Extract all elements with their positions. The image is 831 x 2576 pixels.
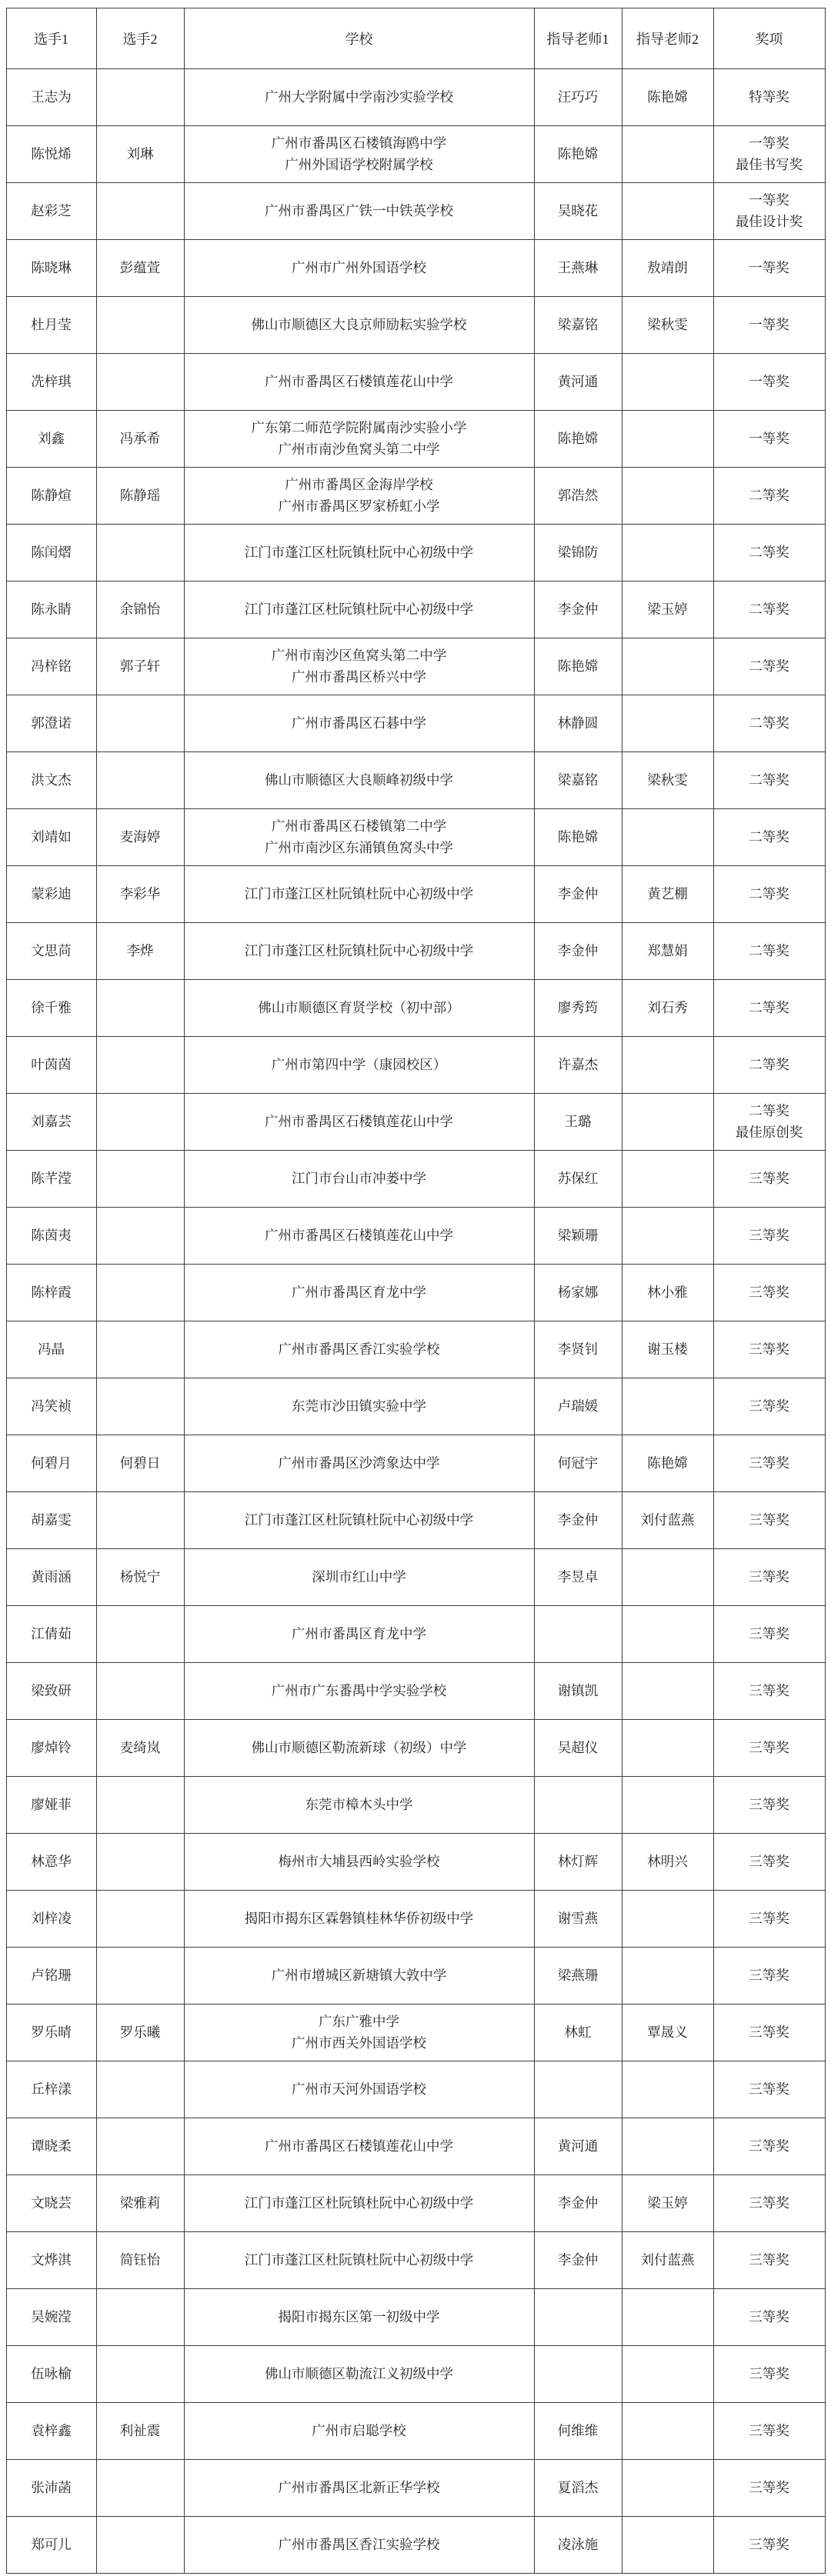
- cell-player2: [96, 1891, 184, 1948]
- cell-player2: 何碧日: [96, 1435, 184, 1492]
- table-row: 杜月莹佛山市顺德区大良京师励耘实验学校梁嘉铭梁秋雯一等奖: [6, 297, 825, 354]
- cell-school: 广州市番禺区石楼镇莲花山中学: [184, 1208, 534, 1265]
- cell-teacher2: [622, 1037, 713, 1094]
- cell-line: 王璐: [538, 1111, 619, 1132]
- cell-teacher1: 何冠宇: [534, 1435, 622, 1492]
- cell-line: 三等奖: [717, 1681, 822, 1701]
- cell-line: 罗乐晴: [10, 2022, 93, 2043]
- cell-line: 徐千雅: [10, 998, 93, 1018]
- cell-school: 江门市蓬江区杜阮镇杜阮中心初级中学: [184, 1492, 534, 1549]
- cell-line: 特等奖: [717, 87, 822, 108]
- cell-award: 二等奖: [713, 468, 825, 525]
- cell-teacher1: 何维维: [534, 2403, 622, 2460]
- cell-line: 谭晓柔: [10, 2136, 93, 2157]
- cell-line: 江门市蓬江区杜阮镇杜阮中心初级中学: [188, 2193, 531, 2214]
- cell-line: 广州市番禺区广铁一中铁英学校: [188, 201, 531, 222]
- cell-line: 陈静瑶: [100, 485, 181, 506]
- cell-player1: 王志为: [6, 69, 96, 126]
- table-body: 王志为广州大学附属中学南沙实验学校汪巧巧陈艳嫦特等奖陈悦烯刘琳广州市番禺区石楼镇…: [6, 69, 825, 2574]
- cell-teacher1: 谢镇凯: [534, 1663, 622, 1720]
- cell-line: 李贤钊: [538, 1339, 619, 1360]
- cell-player1: 文晓芸: [6, 2175, 96, 2232]
- cell-teacher1: [534, 2346, 622, 2403]
- cell-line: 广州市天河外国语学校: [188, 2079, 531, 2100]
- cell-line: 三等奖: [717, 1282, 822, 1303]
- cell-line: 广东第二师范学院附属南沙实验小学: [188, 418, 531, 438]
- cell-line: 麦海婷: [100, 827, 181, 848]
- cell-player1: 胡嘉雯: [6, 1492, 96, 1549]
- cell-line: 冯晶: [10, 1339, 93, 1360]
- table-row: 张沛菡广州市番禺区北新正华学校夏滔杰三等奖: [6, 2460, 825, 2517]
- cell-player2: [96, 1094, 184, 1151]
- cell-award: 二等奖: [713, 866, 825, 923]
- cell-line: 广州市番禺区石楼镇莲花山中学: [188, 1111, 531, 1132]
- cell-school: 广州市番禺区石楼镇海鸥中学广州外国语学校附属学校: [184, 126, 534, 183]
- cell-line: 刘嘉芸: [10, 1111, 93, 1132]
- cell-award: 三等奖: [713, 1151, 825, 1208]
- cell-line: 梁嘉铭: [538, 315, 619, 335]
- cell-player2: [96, 525, 184, 582]
- cell-line: 江门市蓬江区杜阮镇杜阮中心初级中学: [188, 884, 531, 905]
- cell-line: 敖靖朗: [626, 258, 710, 278]
- cell-player2: [96, 2346, 184, 2403]
- cell-line: 刘石秀: [626, 998, 710, 1018]
- cell-line: 许嘉杰: [538, 1055, 619, 1075]
- cell-line: 广州市番禺区金海岸学校: [188, 475, 531, 495]
- cell-player1: 黄雨涵: [6, 1549, 96, 1606]
- cell-school: 江门市蓬江区杜阮镇杜阮中心初级中学: [184, 2175, 534, 2232]
- cell-teacher2: 刘付蓝燕: [622, 1492, 713, 1549]
- table-row: 冯笑祯东莞市沙田镇实验中学卢瑞媛三等奖: [6, 1378, 825, 1435]
- cell-teacher2: [622, 1777, 713, 1834]
- cell-line: 李金仲: [538, 2193, 619, 2214]
- cell-player2: [96, 1151, 184, 1208]
- column-header-school: 学校: [184, 8, 534, 69]
- cell-line: 苏保红: [538, 1168, 619, 1189]
- cell-player1: 江倩茹: [6, 1606, 96, 1663]
- cell-player2: 彭蕴萱: [96, 240, 184, 297]
- cell-line: 佛山市顺德区育贤学校（初中部）: [188, 998, 531, 1018]
- cell-player1: 陈闰熠: [6, 525, 96, 582]
- cell-award: 三等奖: [713, 1891, 825, 1948]
- table-row: 文烨淇简钰怡江门市蓬江区杜阮镇杜阮中心初级中学李金仲刘付蓝燕三等奖: [6, 2232, 825, 2289]
- cell-award: 三等奖: [713, 2175, 825, 2232]
- cell-line: 陈艳嫦: [538, 827, 619, 848]
- cell-line: 李金仲: [538, 599, 619, 620]
- cell-line: 三等奖: [717, 2250, 822, 2271]
- table-row: 梁致研广州市广东番禺中学实验学校谢镇凯三等奖: [6, 1663, 825, 1720]
- cell-award: 三等奖: [713, 1834, 825, 1891]
- cell-line: 一等奖: [717, 372, 822, 392]
- cell-line: 三等奖: [717, 2478, 822, 2498]
- cell-line: 广州市南沙区鱼窝头第二中学: [188, 645, 531, 666]
- cell-award: 三等奖: [713, 1948, 825, 2004]
- cell-award: 一等奖: [713, 354, 825, 411]
- cell-teacher1: 苏保红: [534, 1151, 622, 1208]
- cell-award: 三等奖: [713, 2118, 825, 2175]
- cell-teacher2: [622, 638, 713, 695]
- table-row: 刘嘉芸广州市番禺区石楼镇莲花山中学王璐二等奖最佳原创奖: [6, 1094, 825, 1151]
- cell-teacher2: 林小雅: [622, 1265, 713, 1321]
- cell-line: 黄雨涵: [10, 1567, 93, 1588]
- cell-line: 冯承希: [100, 428, 181, 449]
- table-row: 王志为广州大学附属中学南沙实验学校汪巧巧陈艳嫦特等奖: [6, 69, 825, 126]
- cell-line: 二等奖: [717, 1101, 822, 1121]
- cell-player1: 刘梓凌: [6, 1891, 96, 1948]
- cell-school: 广州市南沙区鱼窝头第二中学广州市番禺区桥兴中学: [184, 638, 534, 695]
- cell-award: 三等奖: [713, 1378, 825, 1435]
- cell-player1: 林意华: [6, 1834, 96, 1891]
- cell-line: 三等奖: [717, 2079, 822, 2100]
- cell-player2: 杨悦宁: [96, 1549, 184, 1606]
- cell-line: 丘梓漾: [10, 2079, 93, 2100]
- cell-player1: 卢铭珊: [6, 1948, 96, 2004]
- cell-award: 三等奖: [713, 2403, 825, 2460]
- cell-school: 广州市番禺区石楼镇莲花山中学: [184, 2118, 534, 2175]
- cell-line: 东莞市樟木头中学: [188, 1795, 531, 1815]
- cell-school: 广州市番禺区育龙中学: [184, 1265, 534, 1321]
- cell-line: 广州市增城区新塘镇大敦中学: [188, 1965, 531, 1986]
- cell-line: 卢瑞媛: [538, 1396, 619, 1417]
- cell-teacher1: 李金仲: [534, 582, 622, 638]
- cell-line: 三等奖: [717, 1624, 822, 1645]
- cell-player2: [96, 752, 184, 809]
- cell-line: 文思苘: [10, 941, 93, 961]
- cell-line: 江倩茹: [10, 1624, 93, 1645]
- cell-player2: 梁雅莉: [96, 2175, 184, 2232]
- cell-line: 东莞市沙田镇实验中学: [188, 1396, 531, 1417]
- cell-player1: 陈永睛: [6, 582, 96, 638]
- cell-teacher1: 王燕琳: [534, 240, 622, 297]
- cell-award: 一等奖最佳设计奖: [713, 183, 825, 240]
- cell-school: 东莞市沙田镇实验中学: [184, 1378, 534, 1435]
- cell-school: 广州市启聪学校: [184, 2403, 534, 2460]
- cell-teacher2: [622, 1663, 713, 1720]
- cell-teacher2: [622, 2403, 713, 2460]
- cell-line: 三等奖: [717, 1738, 822, 1758]
- cell-player2: 余锦怡: [96, 582, 184, 638]
- cell-school: 广州大学附属中学南沙实验学校: [184, 69, 534, 126]
- cell-line: 二等奖: [717, 485, 822, 506]
- cell-line: 李彩华: [100, 884, 181, 905]
- cell-line: 梁锦防: [538, 542, 619, 563]
- cell-player1: 罗乐晴: [6, 2004, 96, 2061]
- cell-line: 一等奖: [717, 190, 822, 211]
- cell-line: 谢玉楼: [626, 1339, 710, 1360]
- table-row: 丘梓漾广州市天河外国语学校三等奖: [6, 2061, 825, 2118]
- cell-school: 佛山市顺德区育贤学校（初中部）: [184, 980, 534, 1037]
- cell-line: 谢雪燕: [538, 1908, 619, 1929]
- cell-teacher1: 汪巧巧: [534, 69, 622, 126]
- cell-line: 汪巧巧: [538, 87, 619, 108]
- cell-line: 广州市番禺区育龙中学: [188, 1282, 531, 1303]
- cell-line: 吴超仪: [538, 1738, 619, 1758]
- cell-school: 广州市番禺区金海岸学校广州市番禺区罗家桥虹小学: [184, 468, 534, 525]
- cell-line: 何维维: [538, 2421, 619, 2441]
- cell-line: 蒙彩迪: [10, 884, 93, 905]
- cell-teacher2: 梁玉婷: [622, 582, 713, 638]
- cell-teacher1: [534, 2289, 622, 2346]
- column-header-teacher2: 指导老师2: [622, 8, 713, 69]
- cell-line: 冯笑祯: [10, 1396, 93, 1417]
- cell-player2: [96, 1208, 184, 1265]
- cell-player1: 陈梓霞: [6, 1265, 96, 1321]
- cell-line: 叶茵茵: [10, 1055, 93, 1075]
- cell-award: 三等奖: [713, 1663, 825, 1720]
- cell-award: 三等奖: [713, 2232, 825, 2289]
- table-row: 陈悦烯刘琳广州市番禺区石楼镇海鸥中学广州外国语学校附属学校陈艳嫦一等奖最佳书写奖: [6, 126, 825, 183]
- table-row: 刘鑫冯承希广东第二师范学院附属南沙实验小学广州市南沙鱼窝头第二中学陈艳嫦一等奖: [6, 411, 825, 468]
- cell-player2: 郭子轩: [96, 638, 184, 695]
- cell-line: 洪文杰: [10, 770, 93, 791]
- cell-line: 罗乐曦: [100, 2022, 181, 2043]
- cell-player2: [96, 2289, 184, 2346]
- table-row: 陈静煊陈静瑶广州市番禺区金海岸学校广州市番禺区罗家桥虹小学郭浩然二等奖: [6, 468, 825, 525]
- cell-line: 揭阳市揭东区霖磐镇桂林华侨初级中学: [188, 1908, 531, 1929]
- cell-teacher1: 李贤钊: [534, 1321, 622, 1378]
- cell-player1: 刘嘉芸: [6, 1094, 96, 1151]
- cell-line: 廖秀筠: [538, 998, 619, 1018]
- cell-player2: 李烨: [96, 923, 184, 980]
- cell-line: 王志为: [10, 87, 93, 108]
- cell-school: 江门市台山市冲蒌中学: [184, 1151, 534, 1208]
- table-row: 何碧月何碧日广州市番禺区沙湾象达中学何冠宇陈艳嫦三等奖: [6, 1435, 825, 1492]
- cell-player2: [96, 2460, 184, 2517]
- cell-player1: 郑可儿: [6, 2517, 96, 2574]
- cell-teacher2: 谢玉楼: [622, 1321, 713, 1378]
- cell-teacher2: [622, 1720, 713, 1777]
- table-row: 刘靖如麦海婷广州市番禺区石楼镇第二中学广州市南沙区东涌镇鱼窝头中学陈艳嫦二等奖: [6, 809, 825, 866]
- cell-award: 三等奖: [713, 1777, 825, 1834]
- cell-line: 江门市蓬江区杜阮镇杜阮中心初级中学: [188, 941, 531, 961]
- cell-line: 三等奖: [717, 1396, 822, 1417]
- cell-player1: 陈晓琳: [6, 240, 96, 297]
- cell-player2: [96, 1834, 184, 1891]
- cell-player2: [96, 2118, 184, 2175]
- cell-teacher2: [622, 2517, 713, 2574]
- cell-teacher1: 梁锦防: [534, 525, 622, 582]
- cell-line: 梁玉婷: [626, 2193, 710, 2214]
- cell-teacher2: [622, 126, 713, 183]
- cell-player2: 冯承希: [96, 411, 184, 468]
- cell-line: 广州市番禺区北新正华学校: [188, 2478, 531, 2498]
- cell-player1: 陈悦烯: [6, 126, 96, 183]
- cell-player2: 李彩华: [96, 866, 184, 923]
- cell-line: 陈艳嫦: [538, 428, 619, 449]
- cell-teacher1: 谢雪燕: [534, 1891, 622, 1948]
- cell-line: 广州市广州外国语学校: [188, 258, 531, 278]
- cell-award: 三等奖: [713, 1606, 825, 1663]
- cell-line: 陈永睛: [10, 599, 93, 620]
- cell-line: 广州市番禺区育龙中学: [188, 1624, 531, 1645]
- cell-teacher1: [534, 2061, 622, 2118]
- cell-award: 二等奖: [713, 809, 825, 866]
- cell-school: 佛山市顺德区大良京师励耘实验学校: [184, 297, 534, 354]
- cell-school: 广州市番禺区石碁中学: [184, 695, 534, 752]
- cell-teacher1: [534, 1777, 622, 1834]
- cell-teacher2: 梁秋雯: [622, 297, 713, 354]
- cell-line: 二等奖: [717, 998, 822, 1018]
- cell-line: 佛山市顺德区勒流新球（初级）中学: [188, 1738, 531, 1758]
- table-row: 伍咏榆佛山市顺德区勒流江义初级中学三等奖: [6, 2346, 825, 2403]
- cell-player1: 陈静煊: [6, 468, 96, 525]
- table-row: 陈茵夷广州市番禺区石楼镇莲花山中学梁颖珊三等奖: [6, 1208, 825, 1265]
- cell-teacher2: 梁玉婷: [622, 2175, 713, 2232]
- cell-line: 三等奖: [717, 1795, 822, 1815]
- table-row: 冼梓琪广州市番禺区石楼镇莲花山中学黄河通一等奖: [6, 354, 825, 411]
- cell-teacher2: 陈艳嫦: [622, 69, 713, 126]
- cell-line: 林灯辉: [538, 1851, 619, 1872]
- cell-school: 广州市番禺区北新正华学校: [184, 2460, 534, 2517]
- cell-line: 文晓芸: [10, 2193, 93, 2214]
- cell-line: 一等奖: [717, 258, 822, 278]
- cell-line: 梁燕珊: [538, 1965, 619, 1986]
- table-row: 叶茵茵广州市第四中学（康园校区）许嘉杰二等奖: [6, 1037, 825, 1094]
- cell-teacher1: 梁嘉铭: [534, 297, 622, 354]
- cell-school: 广州市第四中学（康园校区）: [184, 1037, 534, 1094]
- page: 选手1选手2学校指导老师1指导老师2奖项 王志为广州大学附属中学南沙实验学校汪巧…: [0, 8, 831, 2574]
- cell-award: 三等奖: [713, 2061, 825, 2118]
- cell-line: 梁致研: [10, 1681, 93, 1701]
- cell-line: 郭子轩: [100, 656, 181, 677]
- table-row: 文思苘李烨江门市蓬江区杜阮镇杜阮中心初级中学李金仲郑慧娟二等奖: [6, 923, 825, 980]
- cell-line: 赵彩芝: [10, 201, 93, 222]
- cell-line: 广州市第四中学（康园校区）: [188, 1055, 531, 1075]
- cell-line: 陈艳嫦: [538, 656, 619, 677]
- cell-player2: [96, 695, 184, 752]
- cell-school: 广州市广州外国语学校: [184, 240, 534, 297]
- cell-teacher2: [622, 695, 713, 752]
- cell-school: 广州市广东番禺中学实验学校: [184, 1663, 534, 1720]
- table-row: 陈芊滢江门市台山市冲蒌中学苏保红三等奖: [6, 1151, 825, 1208]
- cell-player1: 冯梓铭: [6, 638, 96, 695]
- cell-player1: 叶茵茵: [6, 1037, 96, 1094]
- cell-teacher1: 李金仲: [534, 2232, 622, 2289]
- cell-player1: 袁梓鑫: [6, 2403, 96, 2460]
- cell-player1: 赵彩芝: [6, 183, 96, 240]
- cell-teacher2: [622, 2061, 713, 2118]
- cell-player2: [96, 1265, 184, 1321]
- cell-teacher1: 梁燕珊: [534, 1948, 622, 2004]
- cell-teacher1: 林灯辉: [534, 1834, 622, 1891]
- cell-line: 广州市番禺区石楼镇海鸥中学: [188, 133, 531, 154]
- cell-teacher2: 梁秋雯: [622, 752, 713, 809]
- column-header-player2: 选手2: [96, 8, 184, 69]
- cell-line: 李昱卓: [538, 1567, 619, 1588]
- cell-teacher1: 林虹: [534, 2004, 622, 2061]
- cell-line: 一等奖: [717, 428, 822, 449]
- cell-line: 广州市启聪学校: [188, 2421, 531, 2441]
- table-row: 赵彩芝广州市番禺区广铁一中铁英学校吴晓花一等奖最佳设计奖: [6, 183, 825, 240]
- cell-award: 三等奖: [713, 1265, 825, 1321]
- cell-line: 李金仲: [538, 941, 619, 961]
- cell-teacher2: 黄艺棚: [622, 866, 713, 923]
- cell-line: 三等奖: [717, 2193, 822, 2214]
- table-row: 廖娅菲东莞市樟木头中学三等奖: [6, 1777, 825, 1834]
- table-row: 陈梓霞广州市番禺区育龙中学杨家娜林小雅三等奖: [6, 1265, 825, 1321]
- cell-line: 佛山市顺德区大良顺峰初级中学: [188, 770, 531, 791]
- cell-player2: [96, 980, 184, 1037]
- cell-line: 广州市番禺区石楼镇莲花山中学: [188, 2136, 531, 2157]
- cell-teacher2: 林明兴: [622, 1834, 713, 1891]
- cell-teacher1: 夏滔杰: [534, 2460, 622, 2517]
- cell-school: 佛山市顺德区勒流江义初级中学: [184, 2346, 534, 2403]
- cell-line: 最佳原创奖: [717, 1122, 822, 1143]
- cell-school: 广东广雅中学广州市西关外国语学校: [184, 2004, 534, 2061]
- cell-line: 张沛菡: [10, 2478, 93, 2498]
- cell-award: 一等奖: [713, 240, 825, 297]
- cell-teacher2: [622, 468, 713, 525]
- cell-award: 二等奖: [713, 638, 825, 695]
- cell-teacher2: [622, 2118, 713, 2175]
- cell-award: 二等奖: [713, 582, 825, 638]
- cell-teacher1: 李金仲: [534, 923, 622, 980]
- cell-line: 三等奖: [717, 2136, 822, 2157]
- cell-player2: [96, 1321, 184, 1378]
- cell-line: 刘琳: [100, 144, 181, 165]
- cell-award: 一等奖: [713, 297, 825, 354]
- cell-player1: 郭澄诺: [6, 695, 96, 752]
- cell-line: 郑慧娟: [626, 941, 710, 961]
- cell-line: 冯梓铭: [10, 656, 93, 677]
- cell-line: 广东广雅中学: [188, 2011, 531, 2032]
- cell-player1: 蒙彩迪: [6, 866, 96, 923]
- cell-line: 冼梓琪: [10, 372, 93, 392]
- cell-line: 广州市番禺区桥兴中学: [188, 667, 531, 688]
- cell-teacher1: 郭浩然: [534, 468, 622, 525]
- table-row: 冯梓铭郭子轩广州市南沙区鱼窝头第二中学广州市番禺区桥兴中学陈艳嫦二等奖: [6, 638, 825, 695]
- cell-award: 二等奖: [713, 923, 825, 980]
- cell-line: 王燕琳: [538, 258, 619, 278]
- cell-line: 三等奖: [717, 1339, 822, 1360]
- cell-line: 杜月莹: [10, 315, 93, 335]
- cell-school: 江门市蓬江区杜阮镇杜阮中心初级中学: [184, 582, 534, 638]
- cell-line: 三等奖: [717, 1908, 822, 1929]
- cell-line: 梁雅莉: [100, 2193, 181, 2214]
- cell-player1: 廖焯铃: [6, 1720, 96, 1777]
- cell-player1: 梁致研: [6, 1663, 96, 1720]
- cell-line: 江门市蓬江区杜阮镇杜阮中心初级中学: [188, 2250, 531, 2271]
- cell-teacher2: [622, 1549, 713, 1606]
- cell-player1: 文思苘: [6, 923, 96, 980]
- cell-player2: 利祉震: [96, 2403, 184, 2460]
- cell-award: 三等奖: [713, 1492, 825, 1549]
- cell-line: 三等奖: [717, 2307, 822, 2328]
- cell-teacher2: 覃晟义: [622, 2004, 713, 2061]
- cell-line: 三等奖: [717, 1851, 822, 1872]
- cell-line: 凌泳施: [538, 2534, 619, 2555]
- cell-player2: [96, 1492, 184, 1549]
- cell-teacher1: 陈艳嫦: [534, 638, 622, 695]
- cell-teacher2: [622, 1948, 713, 2004]
- cell-award: 二等奖: [713, 1037, 825, 1094]
- table-row: 林意华梅州市大埔县西岭实验学校林灯辉林明兴三等奖: [6, 1834, 825, 1891]
- cell-school: 广州市番禺区石楼镇莲花山中学: [184, 1094, 534, 1151]
- cell-line: 梁颖珊: [538, 1225, 619, 1246]
- cell-line: 陈芊滢: [10, 1168, 93, 1189]
- cell-line: 廖焯铃: [10, 1738, 93, 1758]
- cell-award: 二等奖: [713, 752, 825, 809]
- cell-teacher1: 李昱卓: [534, 1549, 622, 1606]
- cell-teacher2: [622, 1151, 713, 1208]
- cell-school: 佛山市顺德区大良顺峰初级中学: [184, 752, 534, 809]
- cell-line: 陈艳嫦: [626, 1453, 710, 1474]
- table-row: 胡嘉雯江门市蓬江区杜阮镇杜阮中心初级中学李金仲刘付蓝燕三等奖: [6, 1492, 825, 1549]
- cell-award: 三等奖: [713, 2289, 825, 2346]
- cell-line: 二等奖: [717, 941, 822, 961]
- cell-line: 广州市番禺区石楼镇莲花山中学: [188, 1225, 531, 1246]
- cell-player2: 麦绮岚: [96, 1720, 184, 1777]
